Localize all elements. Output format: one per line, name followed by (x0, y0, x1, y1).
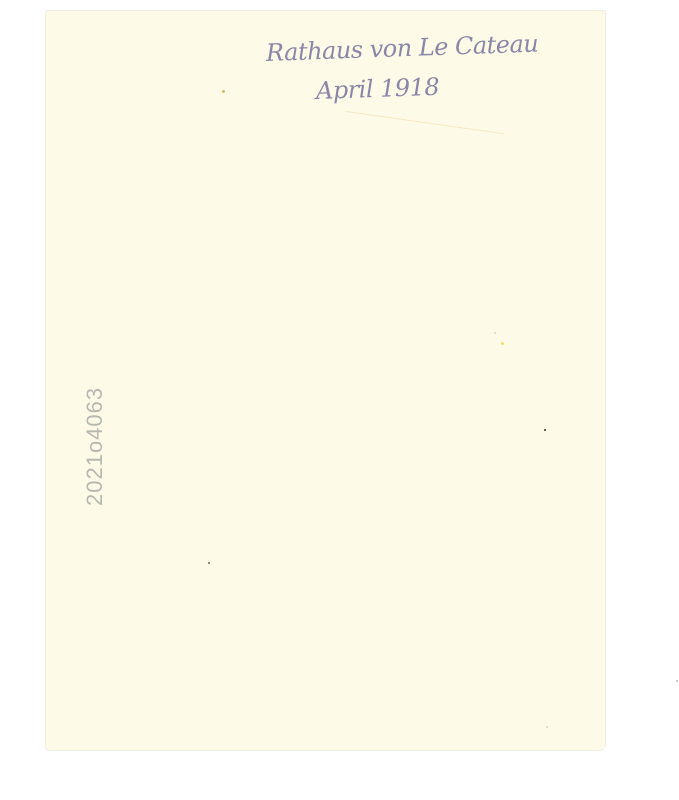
dust-speck (222, 90, 225, 93)
faint-stain (346, 111, 505, 134)
handwritten-caption-date: April 1918 (316, 73, 440, 105)
dust-speck (676, 680, 678, 682)
dust-speck (544, 429, 546, 431)
dust-speck (208, 562, 210, 564)
photo-card-back: Rathaus von Le Cateau April 1918 2021o40… (46, 11, 605, 750)
dust-speck (546, 726, 548, 728)
scan-background: Rathaus von Le Cateau April 1918 2021o40… (0, 0, 679, 800)
accession-number: 2021o4063 (82, 336, 122, 506)
dust-speck (494, 332, 496, 334)
handwritten-caption-title: Rathaus von Le Cateau (266, 30, 539, 67)
dust-speck (501, 342, 504, 345)
